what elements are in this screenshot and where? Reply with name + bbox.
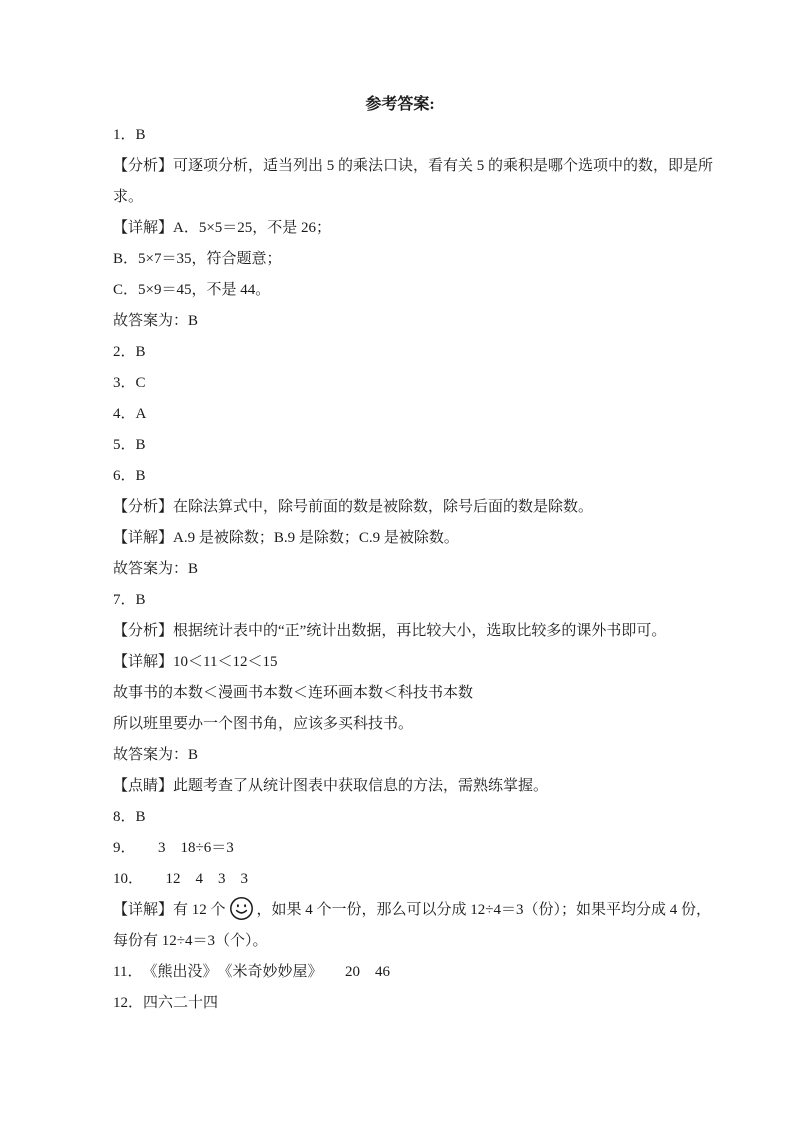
document-body: 1．B【分析】可逐项分析，适当列出 5 的乘法口诀，看有关 5 的乘积是哪个选项… [113,120,687,1019]
line-text: 11． 《熊出没》 《米奇妙妙屋》 20 46 [113,964,390,980]
answer-line: 12．四六二十四 [113,988,687,1019]
line-text: 【详解】有 12 个 [113,902,226,918]
answer-line: 4．A [113,399,687,430]
line-text: 【分析】根据统计表中的“正”统计出数据，再比较大小，选取比较多的课外书即可。 [113,623,666,639]
answer-line: 【详解】10＜11＜12＜15 [113,647,687,678]
line-text: 求。 [113,189,143,205]
answer-line: 求。 [113,182,687,213]
line-text: 【详解】A．5×5＝25，不是 26； [113,220,331,236]
answer-line: 【详解】有 12 个，如果 4 个一份，那么可以分成 12÷4＝3（份）；如果平… [113,895,687,926]
answer-line: 【详解】A．5×5＝25，不是 26； [113,213,687,244]
line-text: 10． 12 4 3 3 [113,871,248,887]
answer-line: C．5×9＝45，不是 44。 [113,275,687,306]
answer-line: 所以班里要办一个图书角，应该多买科技书。 [113,709,687,740]
line-text: 故答案为：B [113,561,198,577]
answer-line: 故答案为：B [113,554,687,585]
line-text: 4．A [113,406,146,422]
answer-line: 【分析】根据统计表中的“正”统计出数据，再比较大小，选取比较多的课外书即可。 [113,616,687,647]
smiley-face-icon [229,895,254,926]
answer-line: 故事书的本数＜漫画书本数＜连环画本数＜科技书本数 [113,678,687,709]
answer-line: 3．C [113,368,687,399]
line-text: 【详解】10＜11＜12＜15 [113,654,277,670]
line-text: 9． 3 18÷6＝3 [113,840,234,856]
line-text: 【点睛】此题考查了从统计图表中获取信息的方法，需熟练掌握。 [113,778,548,794]
answer-line: 5．B [113,430,687,461]
answer-line: 故答案为：B [113,306,687,337]
line-text: ，如果 4 个一份，那么可以分成 12÷4＝3（份）；如果平均分成 4 份， [257,902,712,918]
answer-line: 8．B [113,802,687,833]
line-text: 故答案为：B [113,313,198,329]
line-text: 2．B [113,344,146,360]
line-text: 故答案为：B [113,747,198,763]
line-text: 【详解】A.9 是被除数；B.9 是除数；C.9 是被除数。 [113,530,459,546]
line-text: 5．B [113,437,146,453]
answer-line: 【分析】在除法算式中，除号前面的数是被除数，除号后面的数是除数。 [113,492,687,523]
answer-line: 【分析】可逐项分析，适当列出 5 的乘法口诀，看有关 5 的乘积是哪个选项中的数… [113,151,687,182]
answer-line: 每份有 12÷4＝3（个）。 [113,926,687,957]
line-text: 故事书的本数＜漫画书本数＜连环画本数＜科技书本数 [113,685,473,701]
line-text: 所以班里要办一个图书角，应该多买科技书。 [113,716,413,732]
answers-document-page: 参考答案: 1．B【分析】可逐项分析，适当列出 5 的乘法口诀，看有关 5 的乘… [0,0,793,1122]
answer-line: 【点睛】此题考查了从统计图表中获取信息的方法，需熟练掌握。 [113,771,687,802]
line-text: C．5×9＝45，不是 44。 [113,282,270,298]
line-text: 【分析】可逐项分析，适当列出 5 的乘法口诀，看有关 5 的乘积是哪个选项中的数… [113,158,713,174]
answer-line: 2．B [113,337,687,368]
answer-line: 1．B [113,120,687,151]
line-text: 7．B [113,592,146,608]
answer-line: 6．B [113,461,687,492]
answer-line: 11． 《熊出没》 《米奇妙妙屋》 20 46 [113,957,687,988]
answer-line: 10． 12 4 3 3 [113,864,687,895]
line-text: 1．B [113,127,146,143]
page-title: 参考答案: [113,89,687,120]
answer-line: 9． 3 18÷6＝3 [113,833,687,864]
answer-line: 【详解】A.9 是被除数；B.9 是除数；C.9 是被除数。 [113,523,687,554]
answer-line: 7．B [113,585,687,616]
answer-line: B．5×7＝35，符合题意； [113,244,687,275]
line-text: 12．四六二十四 [113,995,218,1011]
answer-line: 故答案为：B [113,740,687,771]
line-text: 3．C [113,375,146,391]
line-text: 8．B [113,809,146,825]
line-text: 每份有 12÷4＝3（个）。 [113,933,267,949]
line-text: 【分析】在除法算式中，除号前面的数是被除数，除号后面的数是除数。 [113,499,593,515]
line-text: 6．B [113,468,146,484]
line-text: B．5×7＝35，符合题意； [113,251,281,267]
